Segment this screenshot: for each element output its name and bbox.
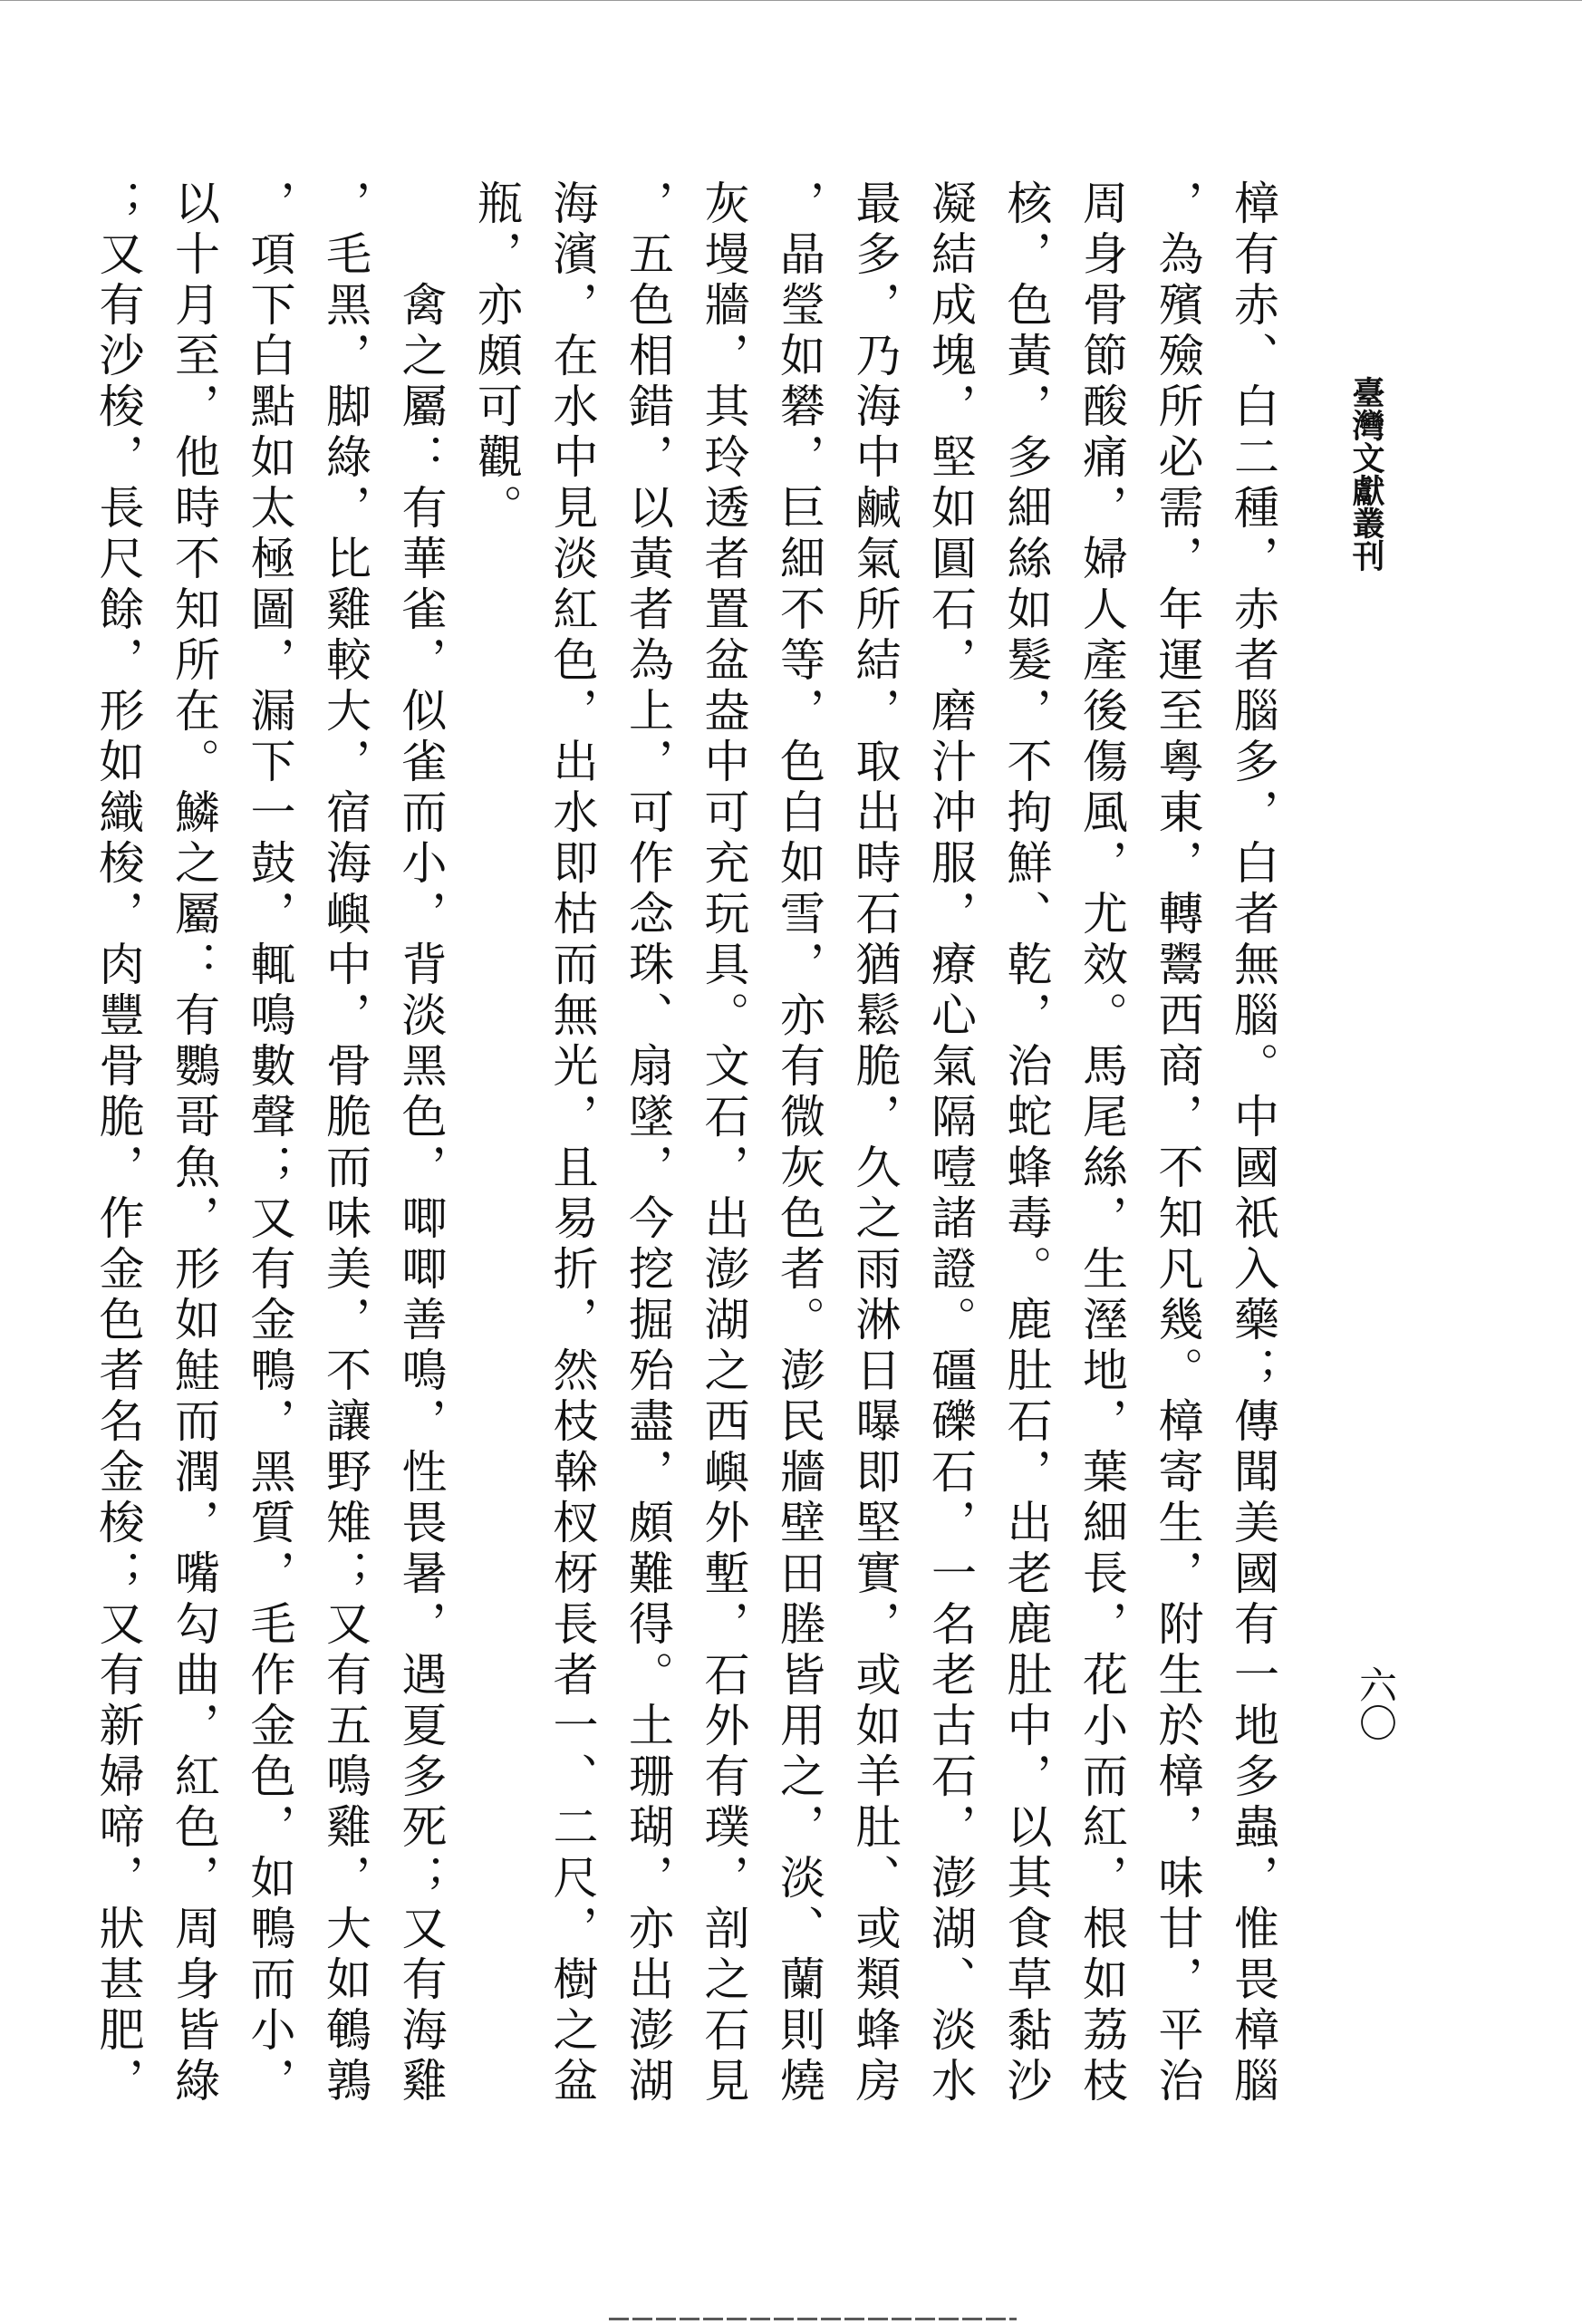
text-column-12-paragraph-start: 禽之屬：有華雀，似雀而小，背淡黑色，唧唧善鳴，性畏暑，遇夏多死；又有海雞 [382, 179, 458, 2118]
page-top-edge [0, 0, 1582, 1]
bottom-rule-line [609, 2318, 1017, 2320]
page-number: 六〇 [1355, 1665, 1395, 1741]
text-column-1: 樟有赤、白二種，赤者腦多，白者無腦。中國祇入藥；傳聞美國有一地多蟲，惟畏樟腦 [1215, 179, 1291, 2118]
text-column-6: 最多，乃海中鹹氣所結，取出時石猶鬆脆，久之雨淋日曝即堅實，或如羊肚、或類蜂房 [836, 179, 912, 2118]
running-header-series-title: 臺灣文獻叢刊 [1348, 376, 1384, 572]
text-column-5: 凝結成塊，堅如圓石，磨汁冲服，療心氣隔噎諸證。礓礫石，一名老古石，澎湖、淡水 [912, 179, 989, 2118]
text-column-14: ，項下白點如太極圖，漏下一鼓，輒鳴數聲；又有金鴨，黑質，毛作金色，如鴨而小， [231, 179, 307, 2118]
document-page: 臺灣文獻叢刊 六〇 樟有赤、白二種，赤者腦多，白者無腦。中國祇入藥；傳聞美國有一… [0, 0, 1582, 2324]
text-column-11-paragraph-end: 瓶，亦頗可觀。 [458, 179, 535, 2118]
text-column-16: ；又有沙梭，長尺餘，形如織梭，肉豐骨脆，作金色者名金梭；又有新婦啼，狀甚肥， [80, 179, 156, 2118]
text-column-15: 以十月至，他時不知所在。鱗之屬：有鸚哥魚，形如鮭而潤，嘴勾曲，紅色，周身皆綠 [156, 179, 232, 2118]
text-column-2: ，為殯殮所必需，年運至粵東，轉鬻西商，不知凡幾。樟寄生，附生於樟，味甘，平治 [1139, 179, 1215, 2118]
text-column-8: 灰墁牆，其玲透者置盆盎中可充玩具。文石，出澎湖之西嶼外塹，石外有璞，剖之石見 [685, 179, 761, 2118]
text-column-13: ，毛黑，脚綠，比雞較大，宿海嶼中，骨脆而味美，不讓野雉；又有五鳴雞，大如鵪鶉 [307, 179, 383, 2118]
text-column-7: ，晶瑩如礬，巨細不等，色白如雪，亦有微灰色者。澎民牆壁田塍皆用之，淡、蘭則燒 [761, 179, 837, 2118]
text-column-9: ，五色相錯，以黃者為上，可作念珠、扇墜，今挖掘殆盡，頗難得。土珊瑚，亦出澎湖 [610, 179, 686, 2118]
text-column-3: 周身骨節酸痛，婦人產後傷風，尤效。馬尾絲，生溼地，葉細長，花小而紅，根如荔枝 [1064, 179, 1140, 2118]
vertical-body-text: 樟有赤、白二種，赤者腦多，白者無腦。中國祇入藥；傳聞美國有一地多蟲，惟畏樟腦 ，… [80, 179, 1290, 2118]
text-column-10: 海濱，在水中見淡紅色，出水即枯而無光，且易折，然枝榦杈枒長者一、二尺，樹之盆 [534, 179, 610, 2118]
text-column-4: 核，色黃，多細絲如髮，不拘鮮、乾，治蛇蜂毒。鹿肚石，出老鹿肚中，以其食草黏沙 [988, 179, 1064, 2118]
